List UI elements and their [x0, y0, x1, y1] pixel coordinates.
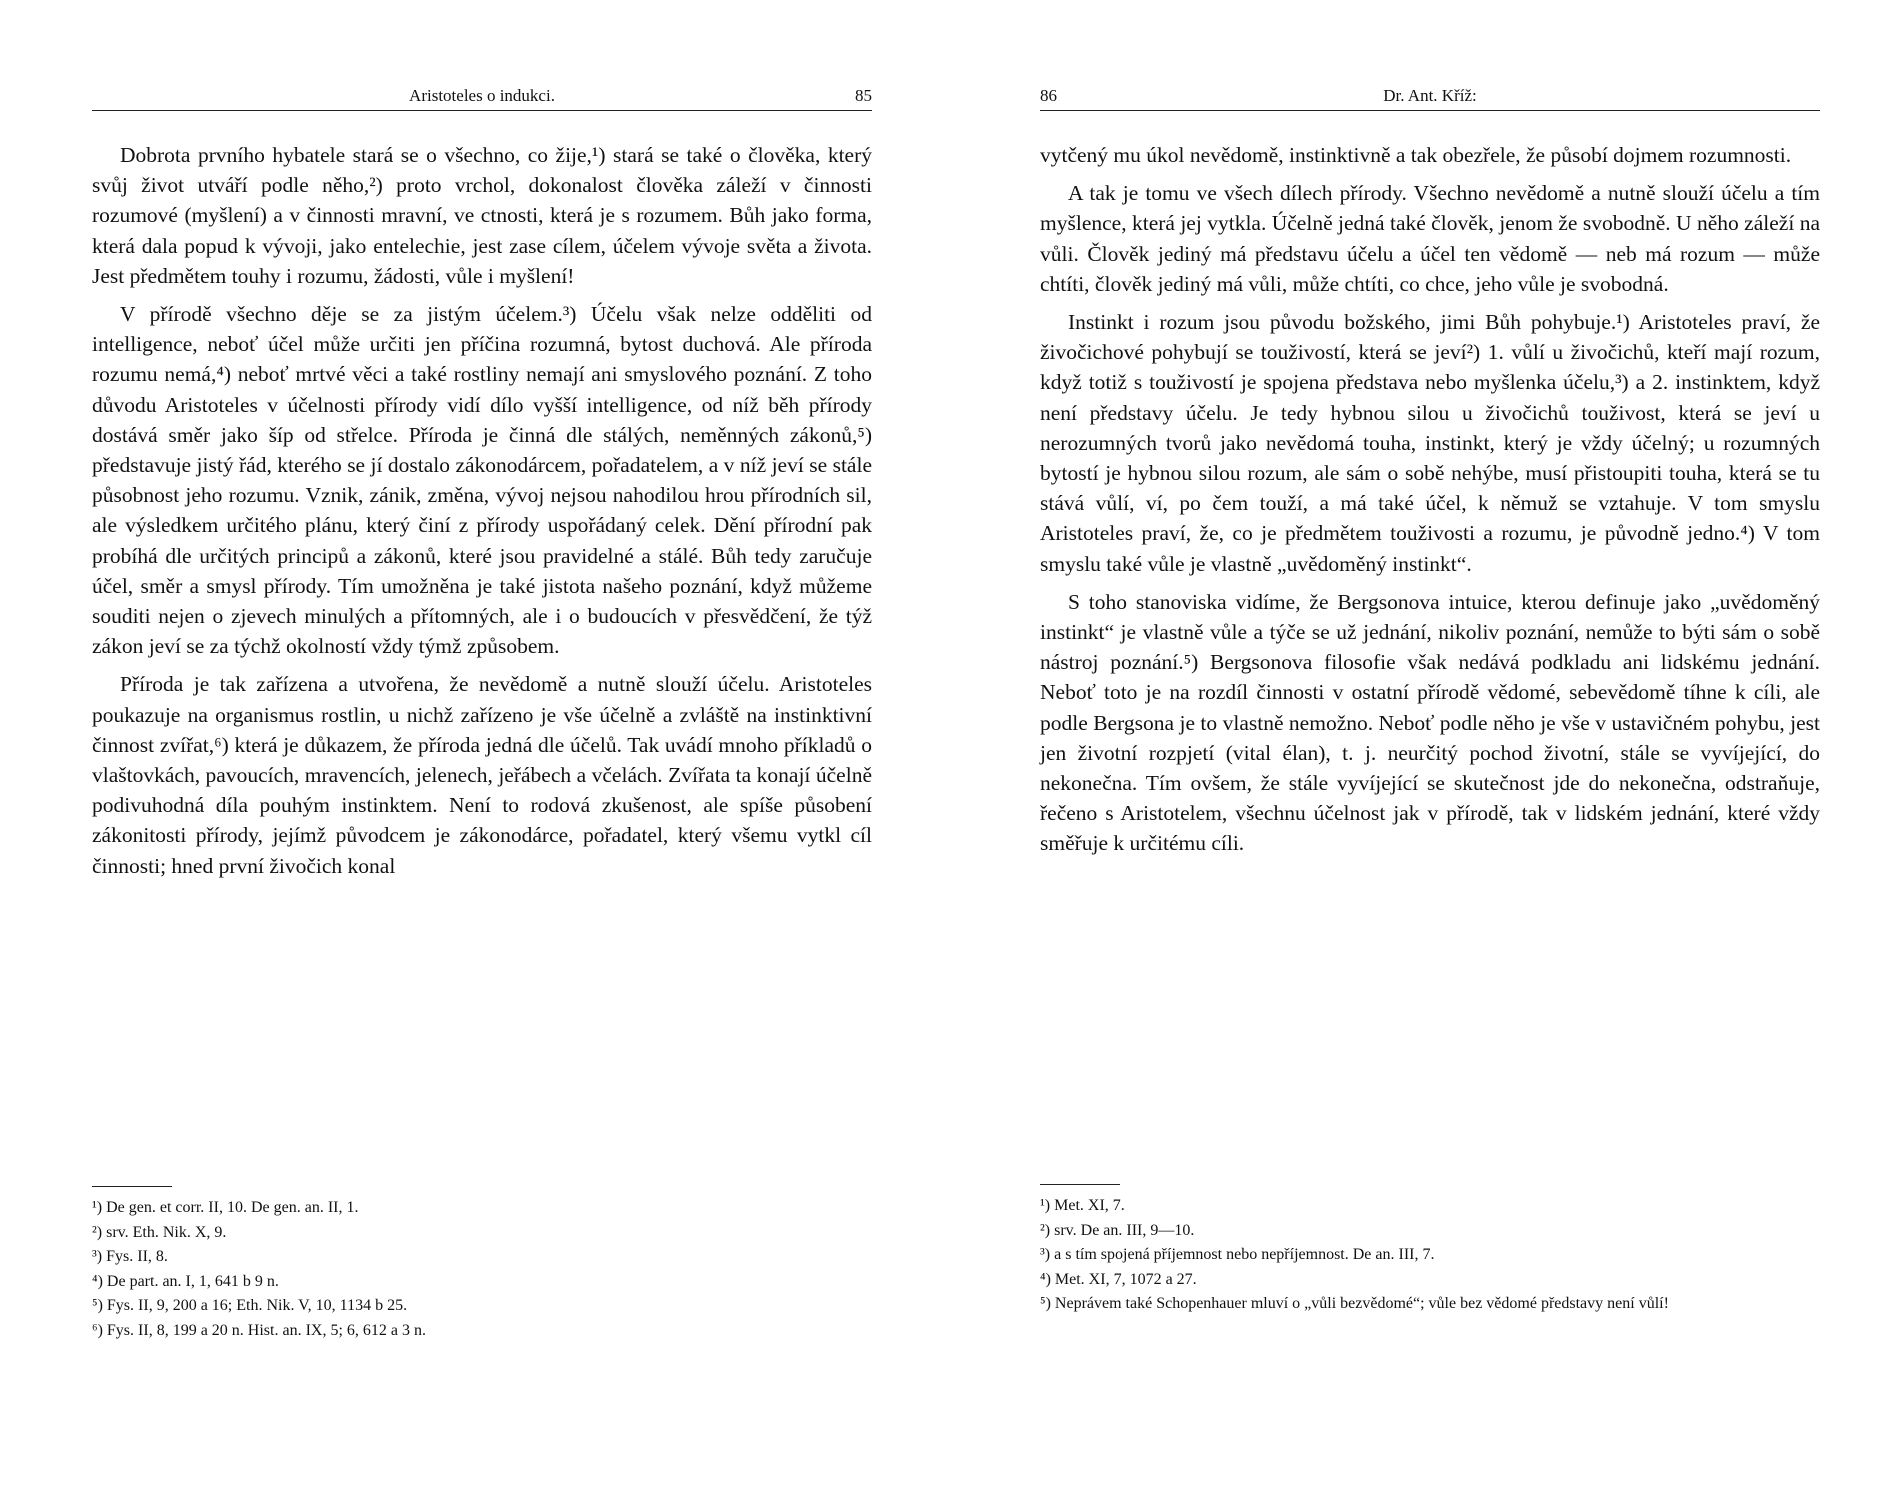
running-title: Dr. Ant. Kříž: — [1040, 86, 1820, 106]
running-head: Aristoteles o indukci. 85 — [92, 80, 872, 111]
paragraph: Dobrota prvního hybatele stará se o všec… — [92, 140, 872, 291]
footnotes: ¹) De gen. et corr. II, 10. De gen. an. … — [92, 1196, 872, 1343]
running-head: 86 Dr. Ant. Kříž: — [1040, 80, 1820, 111]
footnote: ⁵) Fys. II, 9, 200 a 16; Eth. Nik. V, 10… — [92, 1294, 872, 1319]
footnote: ³) a s tím spojená příjemnost nebo nepří… — [1040, 1243, 1820, 1268]
footnote: ⁵) Neprávem také Schopenhauer mluví o „v… — [1040, 1292, 1820, 1317]
footnotes: ¹) Met. XI, 7. ²) srv. De an. III, 9—10.… — [1040, 1194, 1820, 1317]
page-number: 85 — [855, 86, 872, 106]
running-title: Aristoteles o indukci. — [92, 86, 872, 106]
footnote: ²) srv. De an. III, 9—10. — [1040, 1219, 1820, 1244]
paragraph: S toho stanoviska vidíme, že Bergsonova … — [1040, 587, 1820, 859]
footnote: ⁶) Fys. II, 8, 199 a 20 n. Hist. an. IX,… — [92, 1319, 872, 1344]
footnote: ²) srv. Eth. Nik. X, 9. — [92, 1221, 872, 1246]
footnote: ¹) Met. XI, 7. — [1040, 1194, 1820, 1219]
footnote: ⁴) Met. XI, 7, 1072 a 27. — [1040, 1268, 1820, 1293]
footnote: ³) Fys. II, 8. — [92, 1245, 872, 1270]
footnote: ¹) De gen. et corr. II, 10. De gen. an. … — [92, 1196, 872, 1221]
right-page: 86 Dr. Ant. Kříž: vytčený mu úkol nevědo… — [1040, 0, 1820, 1500]
paragraph: Příroda je tak zařízena a utvořena, že n… — [92, 669, 872, 880]
footnote-rule — [1040, 1184, 1120, 1185]
body-text: vytčený mu úkol nevědomě, instinktivně a… — [1040, 140, 1820, 867]
footnote-rule — [92, 1186, 172, 1187]
paragraph: Instinkt i rozum jsou původu božského, j… — [1040, 307, 1820, 579]
left-page: Aristoteles o indukci. 85 Dobrota prvníh… — [92, 0, 872, 1500]
paragraph: A tak je tomu ve všech dílech přírody. V… — [1040, 178, 1820, 299]
body-text: Dobrota prvního hybatele stará se o všec… — [92, 140, 872, 889]
paragraph: V přírodě všechno děje se za jistým účel… — [92, 299, 872, 661]
paragraph: vytčený mu úkol nevědomě, instinktivně a… — [1040, 140, 1820, 170]
footnote: ⁴) De part. an. I, 1, 641 b 9 n. — [92, 1270, 872, 1295]
